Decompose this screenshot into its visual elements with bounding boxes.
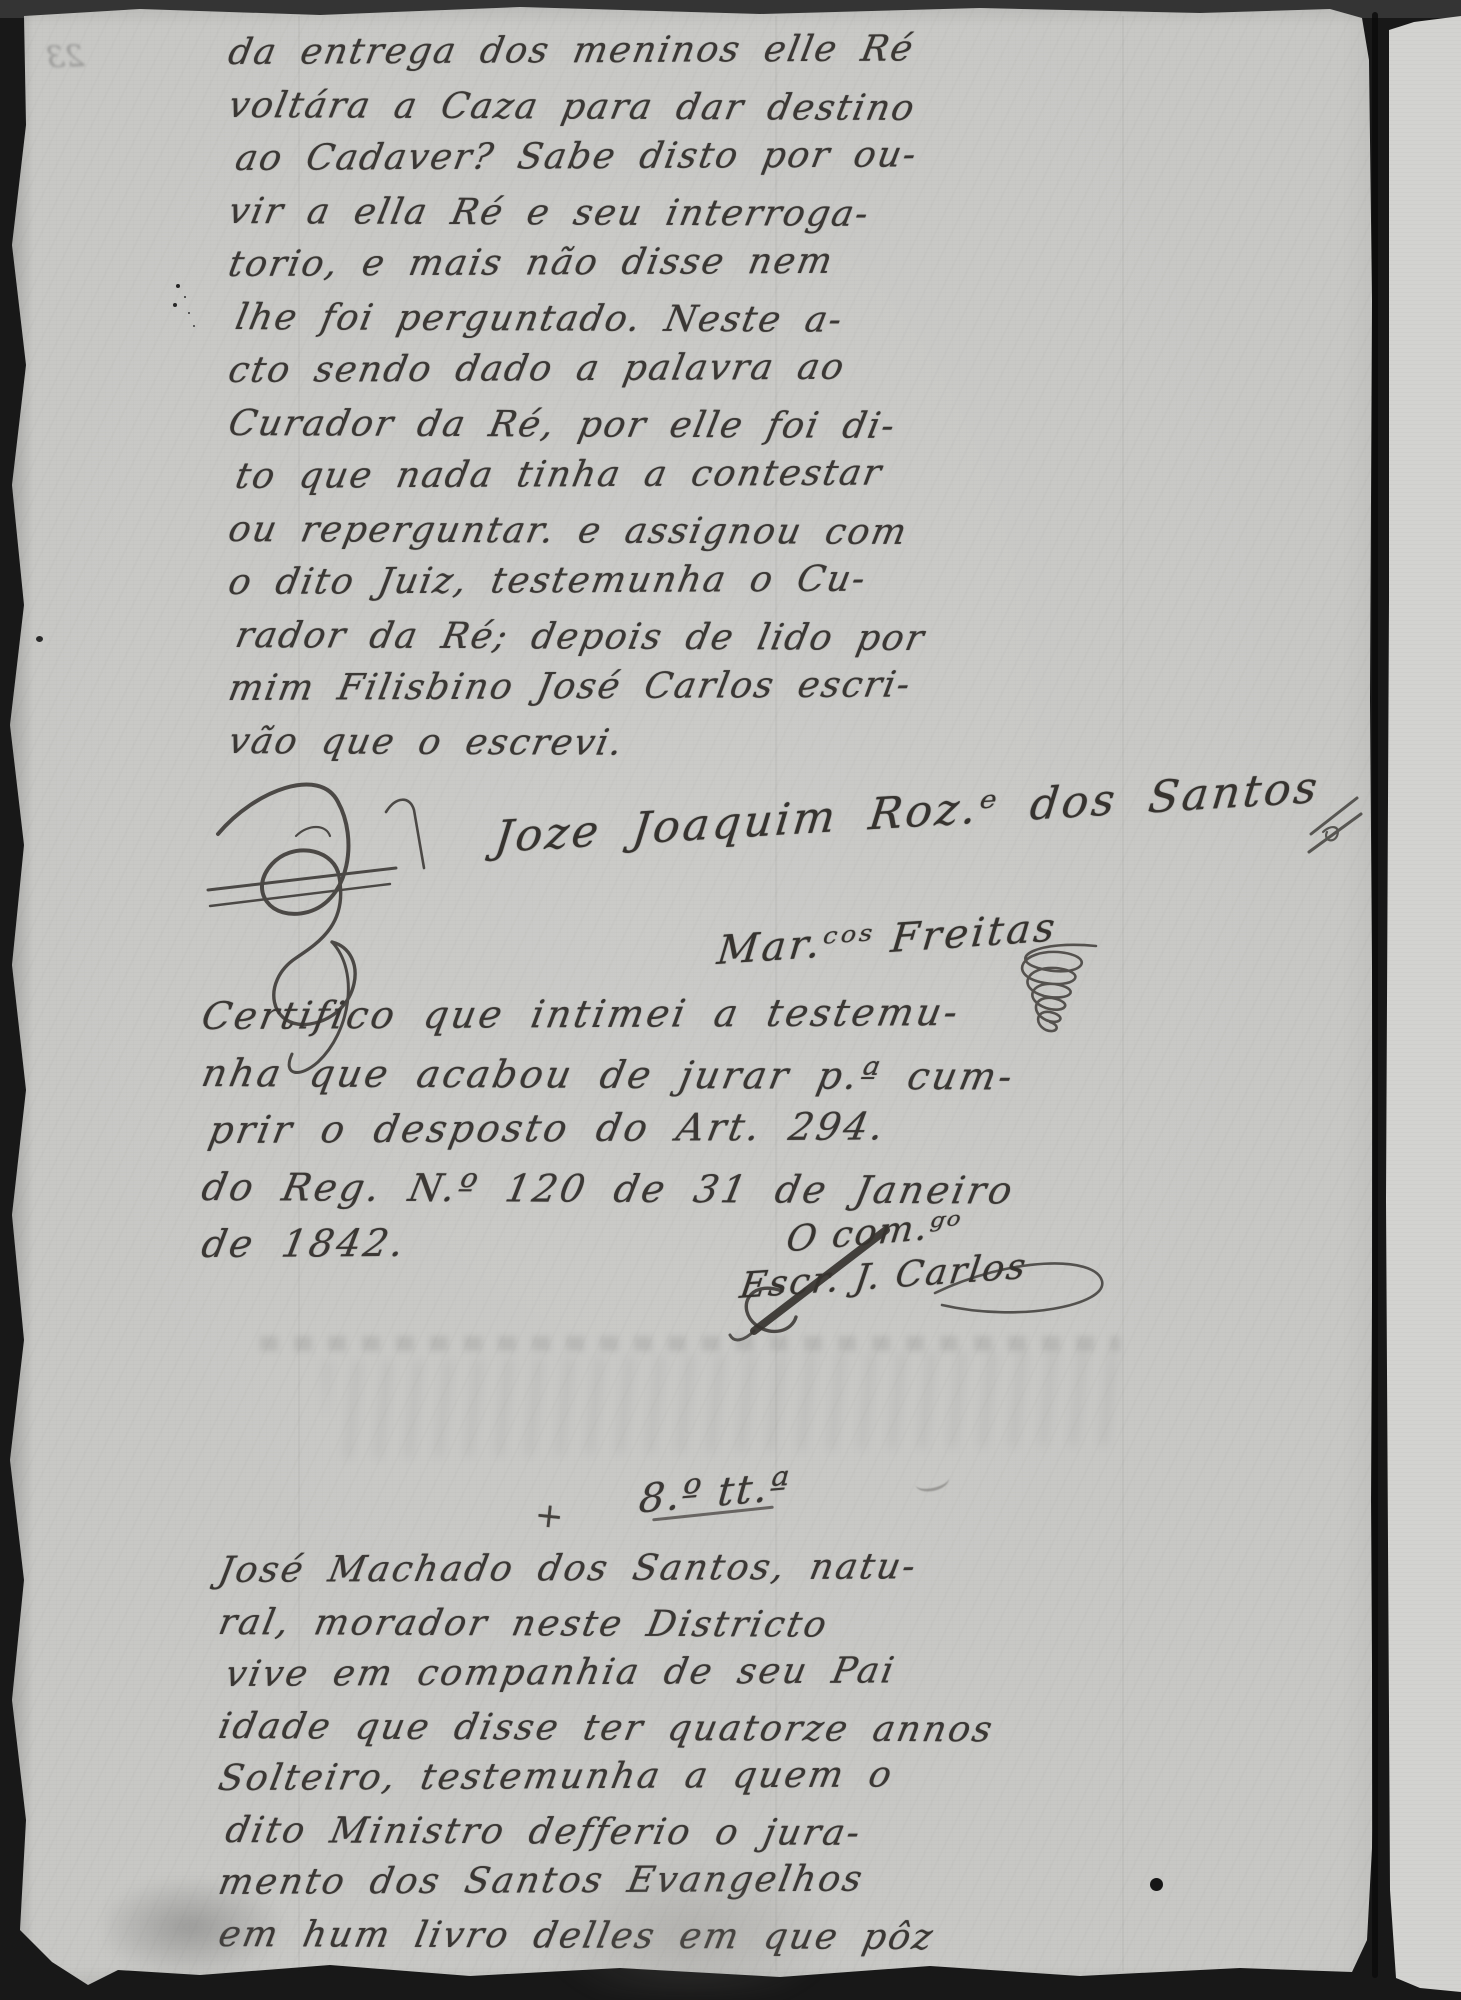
stamp-bleedthrough bbox=[324, 1349, 1116, 1459]
handwritten-line: Certifico que intimei a testemu- bbox=[197, 983, 1109, 1045]
testimony-paragraph: da entrega dos meninos elle Révoltára a … bbox=[225, 26, 1085, 768]
handwritten-line: José Machado dos Santos, natu- bbox=[214, 1540, 1125, 1597]
handwritten-line: nha que acabou de jurar p.ª cum- bbox=[197, 1045, 1108, 1106]
handwritten-line: torio, e mais não disse nem bbox=[224, 233, 1095, 291]
corner-smudge bbox=[105, 1872, 295, 1972]
ink-bleedthrough-smear bbox=[260, 1336, 1120, 1351]
manuscript-scan: 23 da entrega dos meninos elle Révoltára… bbox=[0, 0, 1461, 2000]
page-number-bleedthrough: 23 bbox=[45, 39, 85, 76]
handwritten-line: Solteiro, testemunha a quem o bbox=[214, 1748, 1125, 1805]
handwritten-line: cto sendo dado a palavra ao bbox=[224, 339, 1095, 397]
handwritten-line: vive em companhia de seu Pai bbox=[214, 1644, 1125, 1701]
handwritten-line: mim Filisbino José Carlos escri- bbox=[224, 657, 1095, 715]
handwritten-line: prir o desposto do Art. 294. bbox=[197, 1097, 1109, 1159]
ink-dot bbox=[36, 636, 43, 642]
handwritten-line: da entrega dos meninos elle Ré bbox=[224, 21, 1095, 79]
heading-cross-mark: + bbox=[533, 1495, 566, 1538]
handwritten-line: vão que o escrevi. bbox=[224, 715, 1094, 772]
handwritten-line: ao Cadaver? Sabe disto por ou- bbox=[224, 127, 1095, 185]
handwritten-line: o dito Juiz, testemunha o Cu- bbox=[224, 551, 1095, 609]
binding-gutter bbox=[1372, 12, 1378, 1978]
paper-crease bbox=[1122, 16, 1124, 1971]
ink-blot bbox=[1150, 1878, 1163, 1891]
margin-hatch-mark bbox=[1305, 788, 1367, 860]
handwritten-line: to que nada tinha a contestar bbox=[224, 445, 1095, 503]
bottom-stain bbox=[520, 1845, 830, 1995]
ink-speck-cluster bbox=[176, 284, 180, 288]
